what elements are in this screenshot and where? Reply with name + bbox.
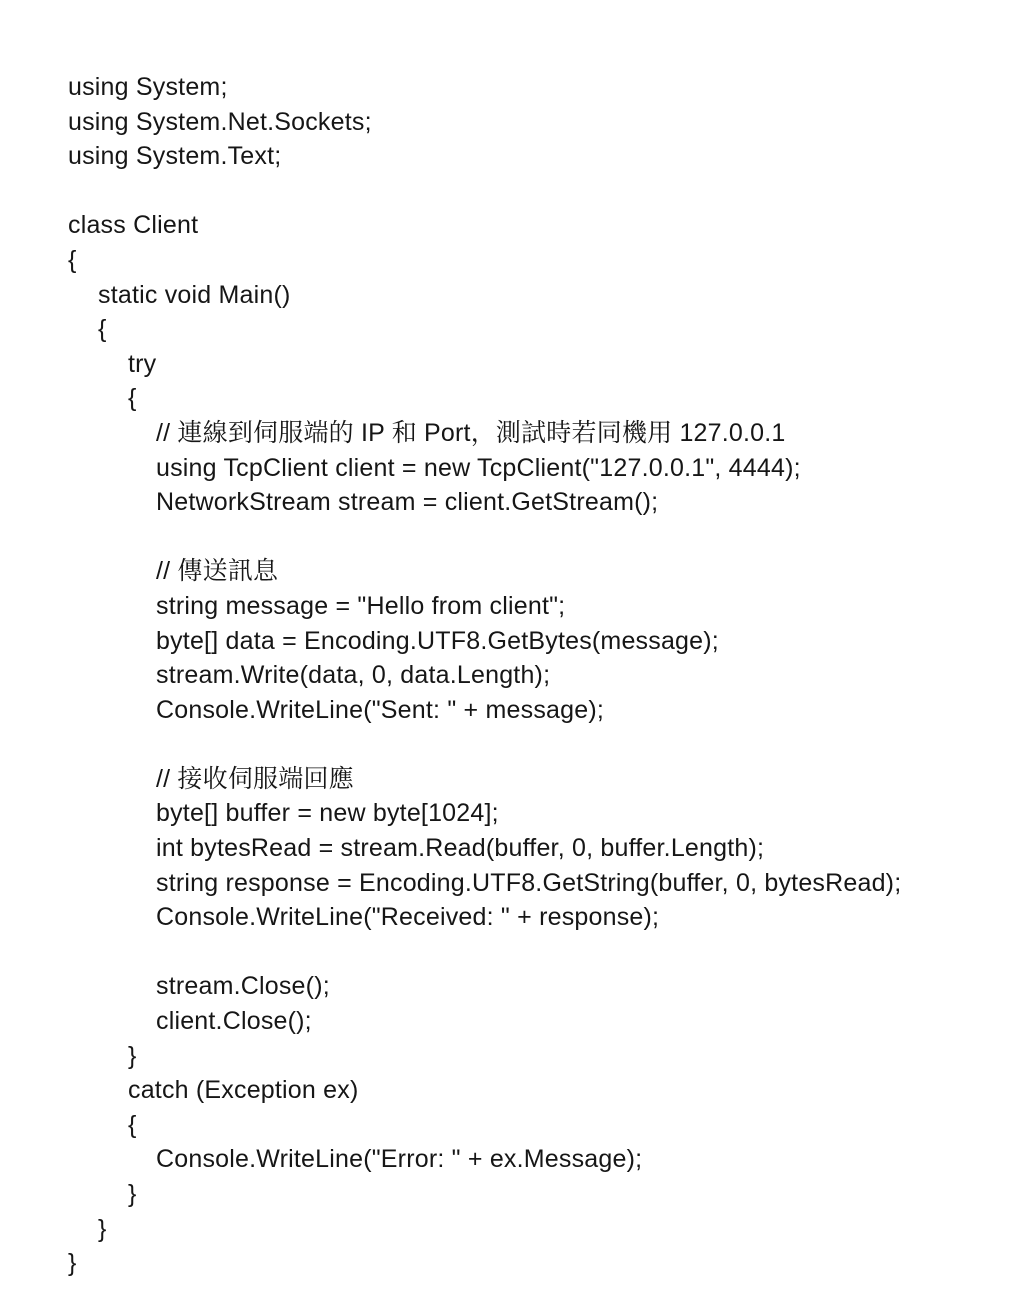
code-line: { (68, 312, 1004, 347)
code-listing: using System;using System.Net.Sockets;us… (0, 0, 1024, 1281)
code-line: byte[] buffer = new byte[1024]; (68, 796, 1004, 831)
code-line-blank (68, 727, 1004, 762)
code-line: NetworkStream stream = client.GetStream(… (68, 485, 1004, 520)
code-line: Console.WriteLine("Sent: " + message); (68, 693, 1004, 728)
code-line: Console.WriteLine("Error: " + ex.Message… (68, 1142, 1004, 1177)
code-line: Console.WriteLine("Received: " + respons… (68, 900, 1004, 935)
code-line: try (68, 347, 1004, 382)
code-line: string message = "Hello from client"; (68, 589, 1004, 624)
code-line: { (68, 1108, 1004, 1143)
code-line: catch (Exception ex) (68, 1073, 1004, 1108)
code-line: using System.Net.Sockets; (68, 105, 1004, 140)
code-line: static void Main() (68, 278, 1004, 313)
code-line: } (68, 1212, 1004, 1247)
code-line: { (68, 243, 1004, 278)
code-line: // 傳送訊息 (68, 554, 1004, 589)
code-line: string response = Encoding.UTF8.GetStrin… (68, 866, 1004, 901)
code-line: stream.Write(data, 0, data.Length); (68, 658, 1004, 693)
code-line: using TcpClient client = new TcpClient("… (68, 451, 1004, 486)
code-line: { (68, 381, 1004, 416)
code-line-blank (68, 935, 1004, 970)
code-line: } (68, 1177, 1004, 1212)
code-line: // 接收伺服端回應 (68, 762, 1004, 797)
code-line-blank (68, 174, 1004, 209)
code-line: int bytesRead = stream.Read(buffer, 0, b… (68, 831, 1004, 866)
code-line: client.Close(); (68, 1004, 1004, 1039)
code-line: byte[] data = Encoding.UTF8.GetBytes(mes… (68, 624, 1004, 659)
code-line: } (68, 1246, 1004, 1281)
code-line: using System.Text; (68, 139, 1004, 174)
code-line: } (68, 1039, 1004, 1074)
code-line: using System; (68, 70, 1004, 105)
code-line: class Client (68, 208, 1004, 243)
code-line: // 連線到伺服端的 IP 和 Port，測試時若同機用 127.0.0.1 (68, 416, 1004, 451)
code-line: stream.Close(); (68, 969, 1004, 1004)
code-line-blank (68, 520, 1004, 555)
